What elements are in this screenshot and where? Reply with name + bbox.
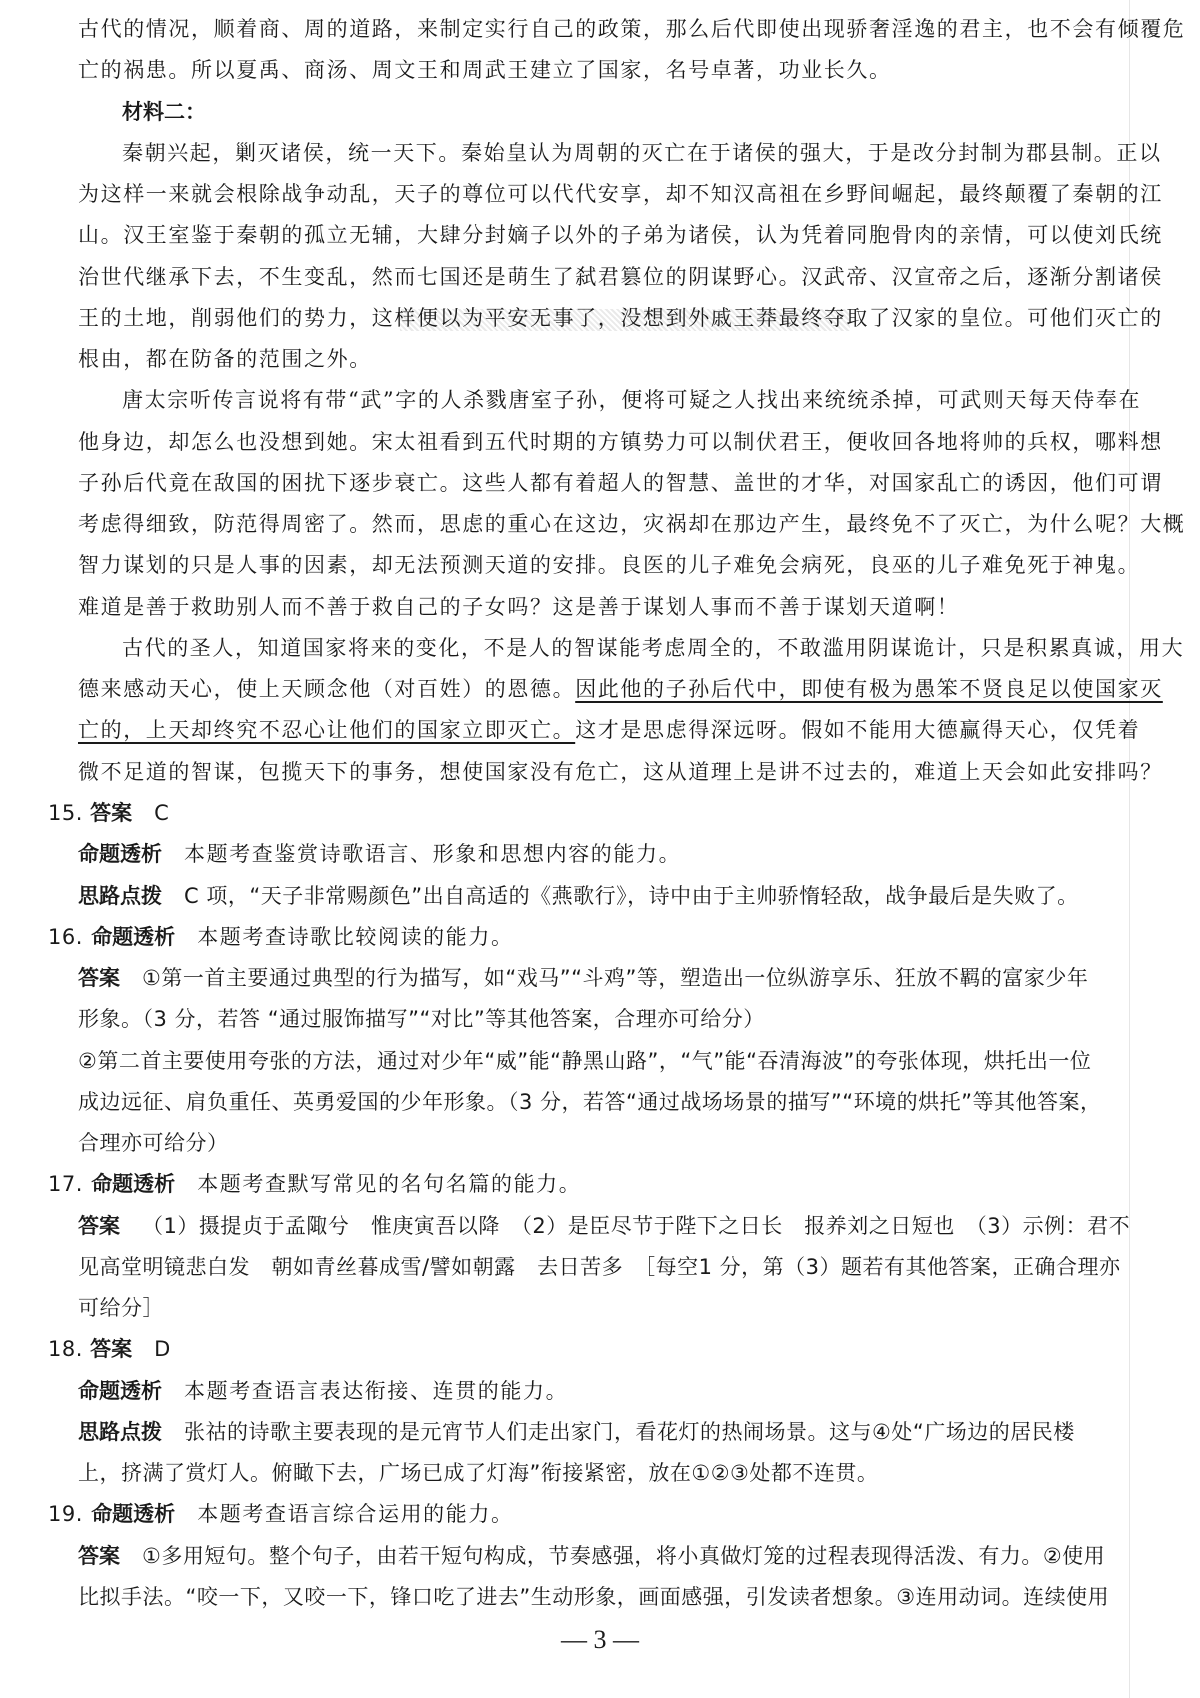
answer-label: 答案 — [78, 966, 120, 990]
analysis-label: 命题透析 — [91, 1502, 175, 1526]
text-line: 形象。（3 分，若答 “通过服饰描写”“对比”等其他答案，合理亦可给分） — [78, 1004, 765, 1034]
text-line: 德来感动天心，使上天顾念他（对百姓）的恩德。因此他的子孙后代中，即使有极为愚笨不… — [78, 674, 1163, 704]
q16-answer: 答案①第一首主要通过典型的行为描写，如“戏马”“斗鸡”等，塑造出一位纵游享乐、狂… — [78, 963, 1088, 993]
question-number: 17. — [48, 1172, 83, 1196]
answer-label: 答案 — [90, 801, 132, 825]
answer-text: ①第一首主要通过典型的行为描写，如“戏马”“斗鸡”等，塑造出一位纵游享乐、狂放不… — [142, 966, 1088, 990]
question-number: 18. — [48, 1337, 83, 1361]
text-line: 子孙后代竟在敌国的困扰下逐步衰亡。这些人都有着超人的智慧、盖世的才华，对国家乱亡… — [78, 468, 1163, 498]
text-line: 成边远征、肩负重任、英勇爱国的少年形象。（3 分，若答“通过战场场景的描写”“环… — [78, 1087, 1102, 1117]
page-edge-line — [1129, 0, 1130, 1698]
text-line: 上，挤满了赏灯人。俯瞰下去，广场已成了灯海”衔接紧密，放在①②③处都不连贯。 — [78, 1458, 878, 1488]
analysis-label: 命题透析 — [78, 1379, 162, 1403]
question-number: 19. — [48, 1502, 83, 1526]
analysis-text: 本题考查语言综合运用的能力。 — [197, 1502, 513, 1526]
text-line: 山。汉王室鉴于秦朝的孤立无辅，大肆分封嫡子以外的子弟为诸侯，认为凭着同胞骨肉的亲… — [78, 220, 1163, 250]
text-line: 比拟手法。“咬一下，又咬一下，锋口吃了进去”生动形象，画面感强，引发读者想象。③… — [78, 1582, 1109, 1612]
text-line: 为这样一来就会根除战争动乱，天子的尊位可以代代安享，却不知汉高祖在乡野间崛起，最… — [78, 179, 1163, 209]
text-line: 可给分］ — [78, 1293, 164, 1323]
question-number: 16. — [48, 925, 83, 949]
analysis-label: 命题透析 — [91, 925, 175, 949]
q17-analysis: 17. 命题透析本题考查默写常见的名句名篇的能力。 — [48, 1169, 581, 1199]
q17-answer: 答案（1）摄提贞于孟陬兮 惟庚寅吾以降 （2）是臣尽节于陛下之日长 报养刘之日短… — [78, 1211, 1130, 1241]
answer-value: D — [154, 1337, 171, 1361]
page-number: — 3 — — [0, 1625, 1200, 1655]
answer-label: 答案 — [78, 1214, 120, 1238]
text-span: 这才是思虑得深远呀。假如不能用大德赢得天心，仅凭着 — [575, 718, 1140, 742]
answer-label: 答案 — [90, 1337, 132, 1361]
q18-analysis: 命题透析本题考查语言表达衔接、连贯的能力。 — [78, 1376, 568, 1406]
answer-value: C — [154, 801, 169, 825]
text-line: 古代的情况，顺着商、周的道路，来制定实行自己的政策，那么后代即使出现骄奢淫逸的君… — [78, 14, 1185, 44]
text-line: 难道是善于救助别人而不善于救自己的子女吗？这是善于谋划人事而不善于谋划天道啊！ — [78, 592, 959, 622]
text-line: ②第二首主要使用夸张的方法，通过对少年“威”能“静黑山路”，“气”能“吞清海波”… — [78, 1046, 1091, 1076]
text-line: 秦朝兴起，剿灭诸侯，统一天下。秦始皇认为周朝的灭亡在于诸侯的强大，于是改分封制为… — [122, 138, 1162, 168]
analysis-text: 本题考查诗歌比较阅读的能力。 — [197, 925, 513, 949]
text-line: 根由，都在防备的范围之外。 — [78, 344, 372, 374]
answer-text: （1）摄提贞于孟陬兮 惟庚寅吾以降 （2）是臣尽节于陛下之日长 报养刘之日短也 … — [142, 1214, 1130, 1238]
underlined-text: 亡的，上天却终究不忍心让他们的国家立即灭亡。 — [78, 718, 575, 742]
analysis-text: 本题考查鉴赏诗歌语言、形象和思想内容的能力。 — [184, 842, 681, 866]
analysis-text: 本题考查语言表达衔接、连贯的能力。 — [184, 1379, 568, 1403]
section-heading: 材料二： — [122, 97, 206, 127]
text-line: 合理亦可给分） — [78, 1128, 229, 1158]
text-line: 唐太宗听传言说将有带“武”字的人杀戮唐室子孙，便将可疑之人找出来统统杀掉，可武则… — [122, 385, 1141, 415]
q18-hint: 思路点拨张祜的诗歌主要表现的是元宵节人们走出家门，看花灯的热闹场景。这与④处“广… — [78, 1417, 1075, 1447]
hint-label: 思路点拨 — [78, 884, 162, 908]
underlined-text: 因此他的子孙后代中，即使有极为愚笨不贤良足以使国家灭 — [575, 677, 1163, 701]
hint-text: C 项，“天子非常赐颜色”出自高适的《燕歌行》，诗中由于主帅骄惰轻敌，战争最后是… — [184, 884, 1079, 908]
hint-text: 张祜的诗歌主要表现的是元宵节人们走出家门，看花灯的热闹场景。这与④处“广场边的居… — [184, 1420, 1075, 1444]
analysis-label: 命题透析 — [91, 1172, 175, 1196]
hint-label: 思路点拨 — [78, 1420, 162, 1444]
q19-answer: 答案①多用短句。整个句子，由若干短句构成，节奏感强，将小真做灯笼的过程表现得活泼… — [78, 1541, 1105, 1571]
q19-analysis: 19. 命题透析本题考查语言综合运用的能力。 — [48, 1499, 514, 1529]
answer-text: ①多用短句。整个句子，由若干短句构成，节奏感强，将小真做灯笼的过程表现得活泼、有… — [142, 1544, 1105, 1568]
text-line: 古代的圣人，知道国家将来的变化，不是人的智谋能考虑周全的，不敢滥用阴谋诡计，只是… — [122, 633, 1184, 663]
q15-answer: 15. 答案C — [48, 798, 169, 828]
text-span: 德来感动天心，使上天顾念他（对百姓）的恩德。 — [78, 677, 575, 701]
text-line: 见高堂明镜悲白发 朝如青丝暮成雪/譬如朝露 去日苦多 ［每空1 分，第（3）题若… — [78, 1252, 1120, 1282]
q15-analysis: 命题透析本题考查鉴赏诗歌语言、形象和思想内容的能力。 — [78, 839, 681, 869]
text-line: 他身边，却怎么也没想到她。宋太祖看到五代时期的方镇势力可以制伏君王，便收回各地将… — [78, 427, 1163, 457]
text-line: 考虑得细致，防范得周密了。然而，思虑的重心在这边，灾祸却在那边产生，最终免不了灭… — [78, 509, 1185, 539]
answer-label: 答案 — [78, 1544, 120, 1568]
text-line: 治世代继承下去，不生变乱，然而七国还是萌生了弑君篡位的阴谋野心。汉武帝、汉宣帝之… — [78, 262, 1163, 292]
text-line: 亡的祸患。所以夏禹、商汤、周文王和周武王建立了国家，名号卓著，功业长久。 — [78, 55, 892, 85]
text-line: 亡的，上天却终究不忍心让他们的国家立即灭亡。这才是思虑得深远呀。假如不能用大德赢… — [78, 715, 1140, 745]
q16-analysis: 16. 命题透析本题考查诗歌比较阅读的能力。 — [48, 922, 514, 952]
text-line: 王的土地，削弱他们的势力，这样便以为平安无事了，没想到外戚王莽最终夺取了汉家的皇… — [78, 303, 1163, 333]
q18-answer: 18. 答案D — [48, 1334, 171, 1364]
analysis-text: 本题考查默写常见的名句名篇的能力。 — [197, 1172, 581, 1196]
question-number: 15. — [48, 801, 83, 825]
text-line: 智力谋划的只是人事的因素，却无法预测天道的安排。良医的儿子难免会病死，良巫的儿子… — [78, 550, 1140, 580]
q15-hint: 思路点拨C 项，“天子非常赐颜色”出自高适的《燕歌行》，诗中由于主帅骄惰轻敌，战… — [78, 881, 1079, 911]
text-line: 微不足道的智谋，包揽天下的事务，想使国家没有危亡，这从道理上是讲不过去的，难道上… — [78, 757, 1163, 787]
analysis-label: 命题透析 — [78, 842, 162, 866]
